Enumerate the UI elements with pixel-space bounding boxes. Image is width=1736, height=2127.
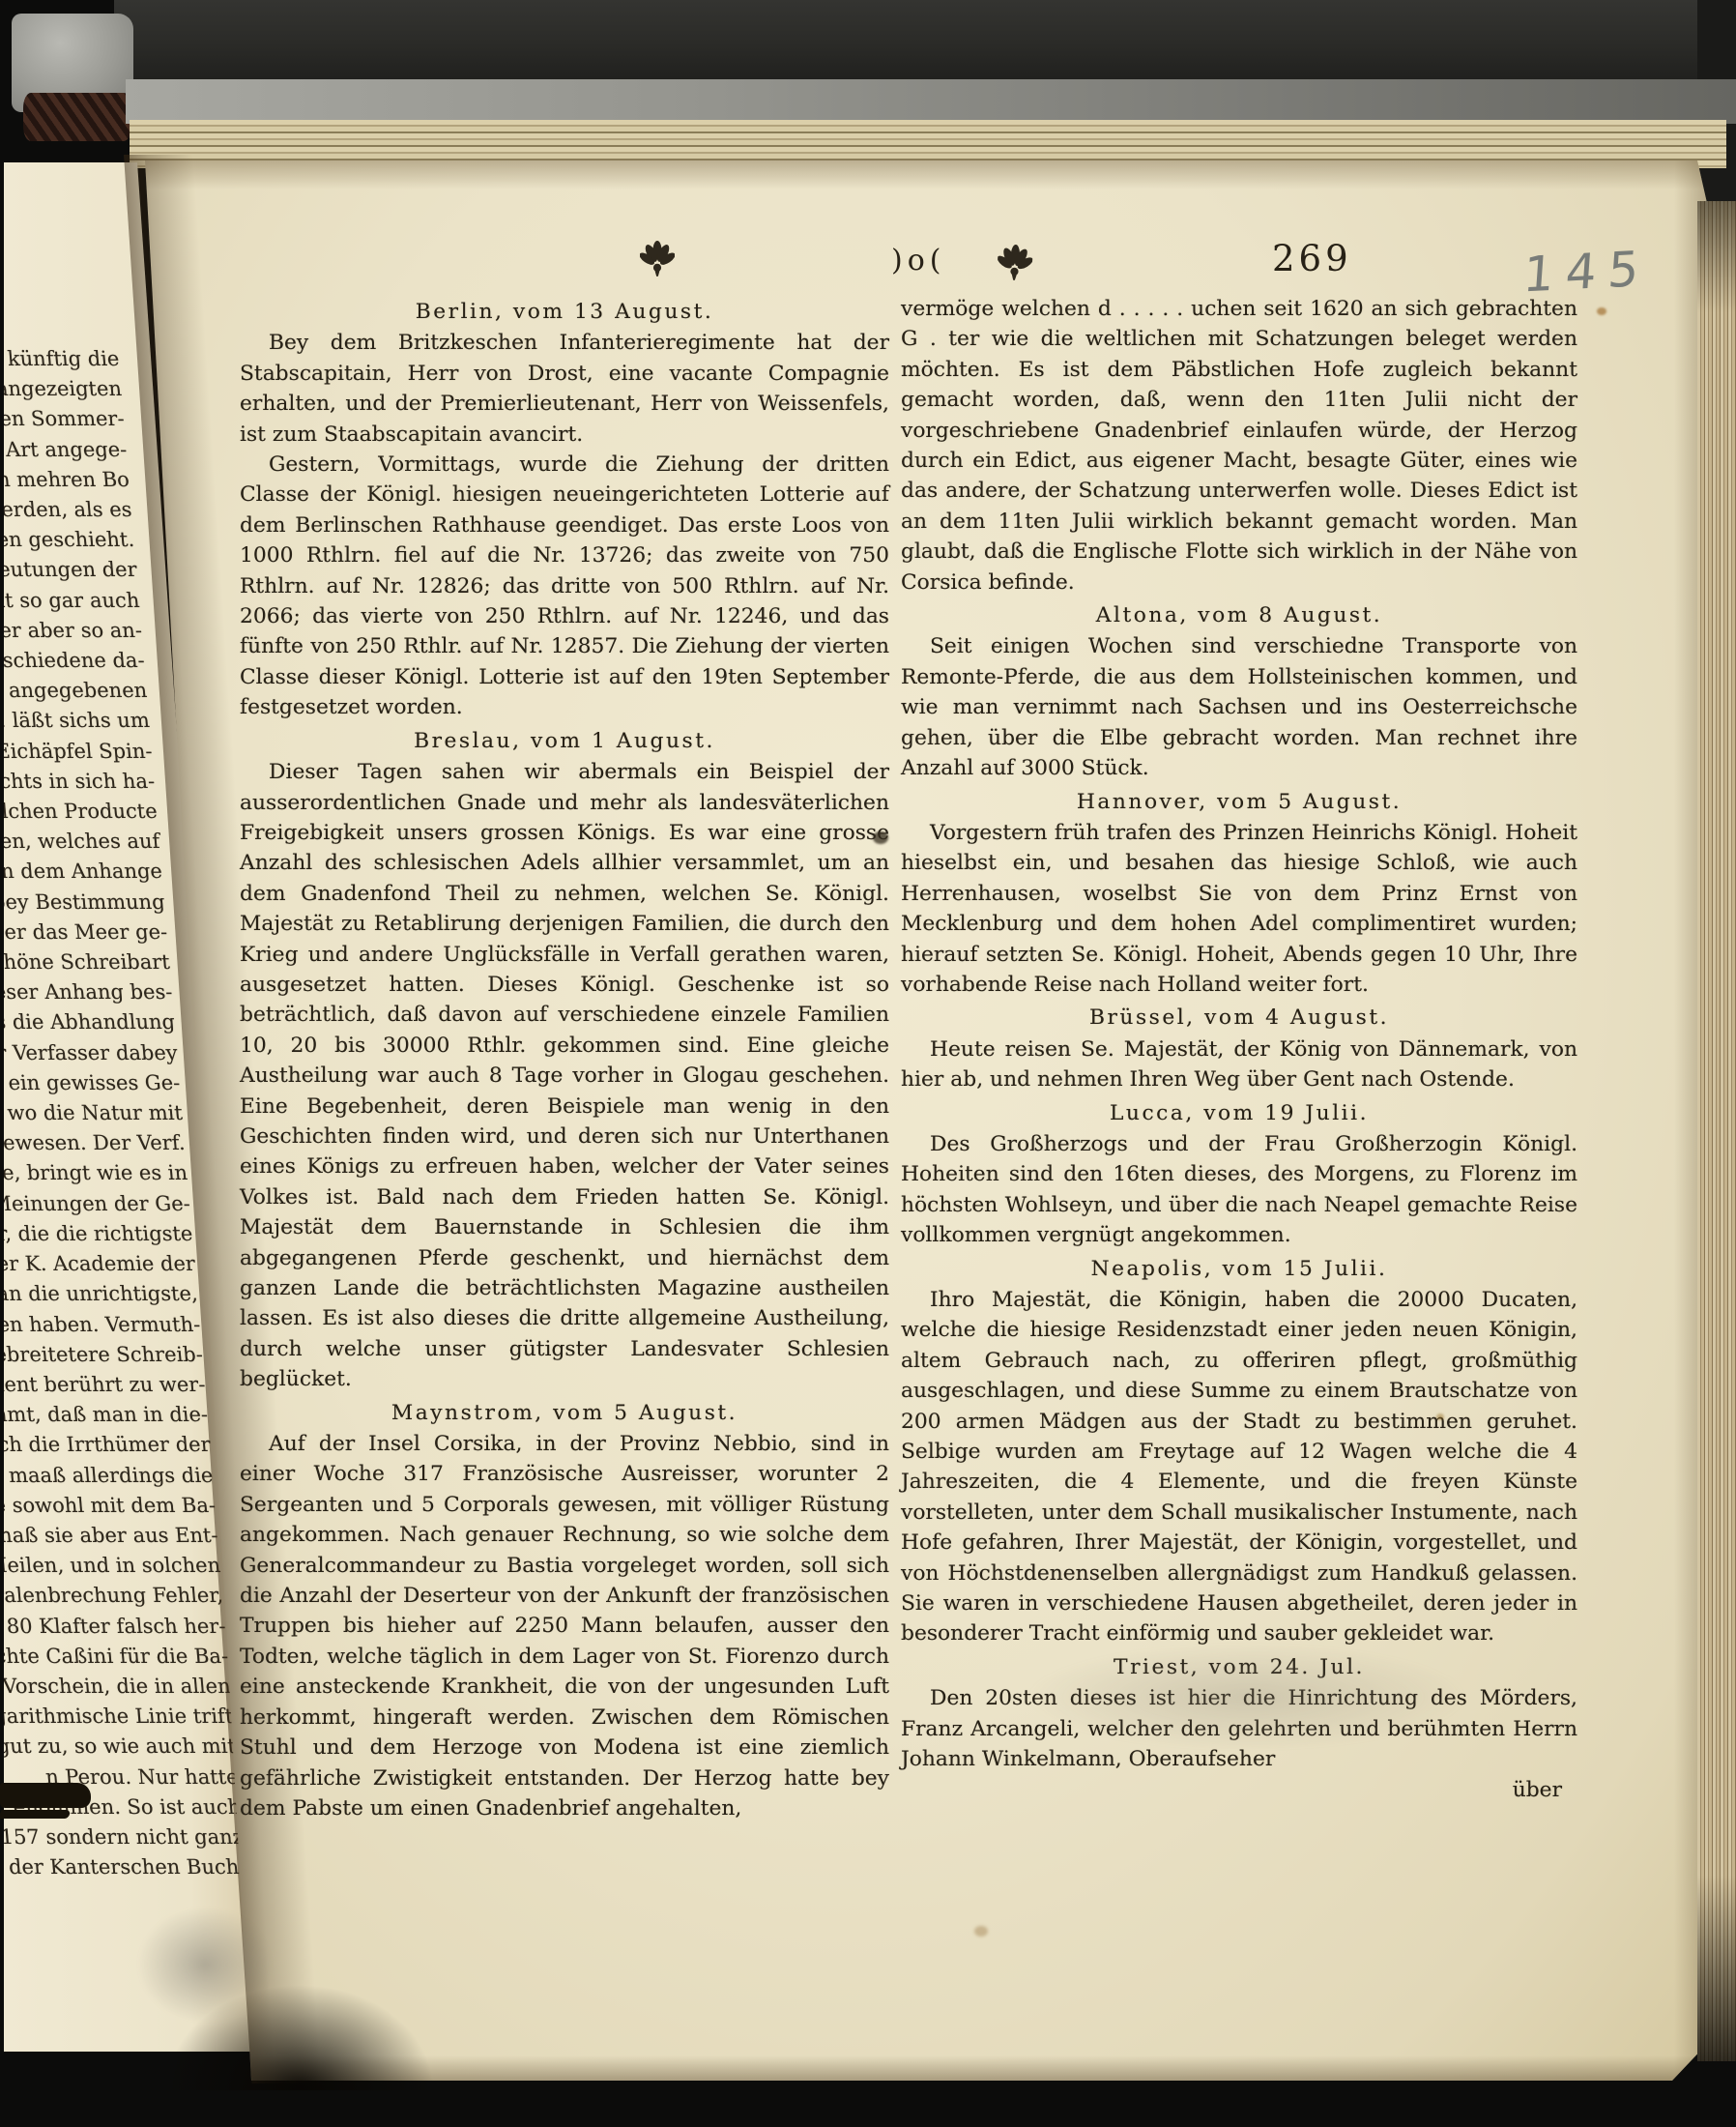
left-page-line-fragment: n gewesen. Der Verf. xyxy=(0,1128,187,1158)
news-paragraph: Seit einigen Wochen sind verschiedne Tra… xyxy=(901,631,1577,783)
left-page-line-fragment: t, auch von mehren Bo xyxy=(0,465,130,495)
news-paragraph: Heute reisen Se. Majestät, der König von… xyxy=(901,1034,1577,1095)
dateline-heading: Hannover, vom 5 August. xyxy=(901,787,1577,817)
left-page-line-fragment: edene Meinungen der Ge- xyxy=(0,1189,191,1219)
page-top-shadow xyxy=(135,160,1707,189)
left-page-line-fragment: verdient berührt zu wer- xyxy=(0,1370,207,1400)
left-page-line-fragment: achte Caßini für die Ba- xyxy=(0,1642,229,1672)
left-page-line-fragment: die vor, die die richtigste xyxy=(0,1219,194,1249)
left-page-line-fragment: erstanden werden, als es xyxy=(0,495,133,525)
dateline-heading: Breslau, vom 1 August. xyxy=(240,726,889,756)
ink-speck xyxy=(873,831,888,844)
ink-smudge xyxy=(0,1783,91,1808)
dateline-heading: Lucca, vom 19 Julii. xyxy=(901,1098,1577,1128)
left-page-line-fragment: endet, an die unrichtigste, xyxy=(0,1279,199,1309)
left-page-line-fragment: ntniß derselben geschieht. xyxy=(0,525,135,555)
left-page-line-fragment: n eine schöne Schreibart xyxy=(0,947,171,977)
left-page-line-fragment: uf 80 Klafter falsch her- xyxy=(0,1612,227,1642)
left-page-line-fragment: ob die Eichäpfel Spin- xyxy=(0,737,154,767)
fore-edge-shadow xyxy=(1697,201,1736,2061)
column-right-body: vermöge welchen d . . . . . uchen seit 1… xyxy=(901,294,1577,1775)
running-head-mark: )o( xyxy=(891,244,945,277)
left-page-line-fragment: erge über das Meer ge- xyxy=(0,918,168,947)
news-paragraph: Auf der Insel Corsika, in der Provinz Ne… xyxy=(240,1429,889,1823)
news-paragraph: Vorgestern früh trafen des Prinzen Heinr… xyxy=(901,818,1577,1000)
foxing-spot xyxy=(974,1926,988,1937)
page-stack-edge-gray xyxy=(126,79,1736,124)
left-page-line-fragment: ogarithmische Linie trift xyxy=(0,1702,235,1732)
left-page-line-fragment: mag dieser Anhang bes- xyxy=(0,977,174,1007)
left-page-line-fragment: ömmt, daß man in die- xyxy=(0,1400,209,1430)
news-paragraph: Dieser Tagen sahen wir abermals ein Beis… xyxy=(240,757,889,1395)
left-page-line-fragment: ze der K. Academie der xyxy=(0,1249,196,1279)
left-page-line-fragment: wirft. Verschiedene da- xyxy=(0,646,146,676)
left-page-line-fragment: och gar nichts in sich ha- xyxy=(0,767,156,797)
page-number: 269 xyxy=(1272,238,1352,279)
left-page-line-fragment: erständliche Art angege- xyxy=(0,435,128,465)
left-page-line-fragment: rge sowohl mit dem Ba- xyxy=(0,1491,217,1521)
dateline-heading: Berlin, vom 13 August. xyxy=(240,297,889,327)
left-page-line-fragment: chen, wo die Natur mit xyxy=(0,1098,184,1128)
left-page-line-fragment: So z. E. läßt sichs um xyxy=(0,706,151,736)
dateline-heading: Brüssel, vom 4 August. xyxy=(901,1003,1577,1033)
left-page-line-fragment: und nimmt so gar auch xyxy=(0,586,141,616)
book-cover-top xyxy=(114,0,1736,85)
left-page-line-fragment: e ausgebreitetere Schreib- xyxy=(0,1340,204,1370)
left-page-line-fragment: en zuweilen angezeigten xyxy=(0,374,123,404)
left-page-line-fragment: g abhängen, welches auf xyxy=(0,827,161,857)
printer-fleuron-icon xyxy=(640,238,675,278)
left-page-line-fragment: lte und großen Sommer- xyxy=(0,404,126,434)
left-page-line-fragment: Stralenbrechung Fehler, xyxy=(0,1581,224,1611)
column-left: Berlin, vom 13 August.Bey dem Britzkesch… xyxy=(240,294,889,1823)
news-paragraph: vermöge welchen d . . . . . uchen seit 1… xyxy=(901,294,1577,597)
dateline-heading: Neapolis, vom 15 Julii. xyxy=(901,1254,1577,1284)
left-page-line-fragment: n mit, die er aber so an- xyxy=(0,616,143,646)
news-paragraph: Bey dem Britzkeschen Infanterieregimente… xyxy=(240,328,889,450)
catchword: über xyxy=(901,1775,1577,1805)
left-page-line-fragment: den Vorbedeutungen der xyxy=(0,555,138,585)
left-page-line-fragment: n wie ein gewisses Ge- xyxy=(0,1068,182,1098)
book-headband xyxy=(23,93,131,141)
left-page-line-fragment: hat. In dem Anhange xyxy=(0,857,163,887)
left-page-line-fragment: ometers bey Bestimmung xyxy=(0,888,166,918)
bottom-gutter-shadow xyxy=(164,1984,435,2090)
foxing-spot xyxy=(1436,1413,1444,1420)
foxing-spot xyxy=(1597,307,1606,315)
left-page-line-fragment: n der Kanterschen Buch- xyxy=(0,1852,247,1882)
news-paragraph: Ihro Majestät, die Königin, haben die 20… xyxy=(901,1285,1577,1649)
left-page-line-fragment: Er maß sie aber aus Ent- xyxy=(0,1521,219,1551)
dateline-heading: Maynstrom, vom 5 August. xyxy=(240,1398,889,1428)
left-page-line-fragment: gut zu, so wie auch mit xyxy=(0,1732,237,1762)
dateline-heading: Altona, vom 8 August. xyxy=(901,600,1577,630)
left-page-line-fragment: 157 sondern nicht ganz xyxy=(0,1822,245,1852)
left-page-line-fragment: ini maaß allerdings die xyxy=(0,1461,215,1491)
news-paragraph: Gestern, Vormittags, wurde die Ziehung d… xyxy=(240,450,889,723)
news-paragraph: Des Großherzogs und der Frau Großherzogi… xyxy=(901,1129,1577,1251)
left-page-line-fragment: daß der Verfasser dabey xyxy=(0,1038,179,1068)
column-left-body: Berlin, vom 13 August.Bey dem Britzkesch… xyxy=(240,297,889,1823)
book-scan-scene: , es werden künftig dieen zuweilen angez… xyxy=(0,0,1736,2127)
left-page-line-fragment: ue von dem angegebenen xyxy=(0,676,148,706)
left-page-line-fragment: n einem solchen Producte xyxy=(0,797,159,827)
printer-fleuron-icon xyxy=(997,241,1033,283)
left-page-line-fragment: Meilen, und in solchen xyxy=(0,1551,221,1581)
left-page-line-fragment: Sache, bringt wie es in xyxy=(0,1158,188,1188)
show-through-stain xyxy=(1025,1644,1469,1750)
left-page-line-fragment: n, als die Abhandlung xyxy=(0,1007,176,1037)
left-page-line-fragment: eben haben. Vermuth- xyxy=(0,1310,201,1340)
left-page-line-fragment: Vorschein, die in allen xyxy=(0,1672,232,1702)
left-page-line-fragment: auch die Irrthümer der xyxy=(0,1430,212,1460)
left-page-line-fragment: , es werden künftig die xyxy=(0,344,121,374)
column-right: vermöge welchen d . . . . . uchen seit 1… xyxy=(901,294,1577,1805)
